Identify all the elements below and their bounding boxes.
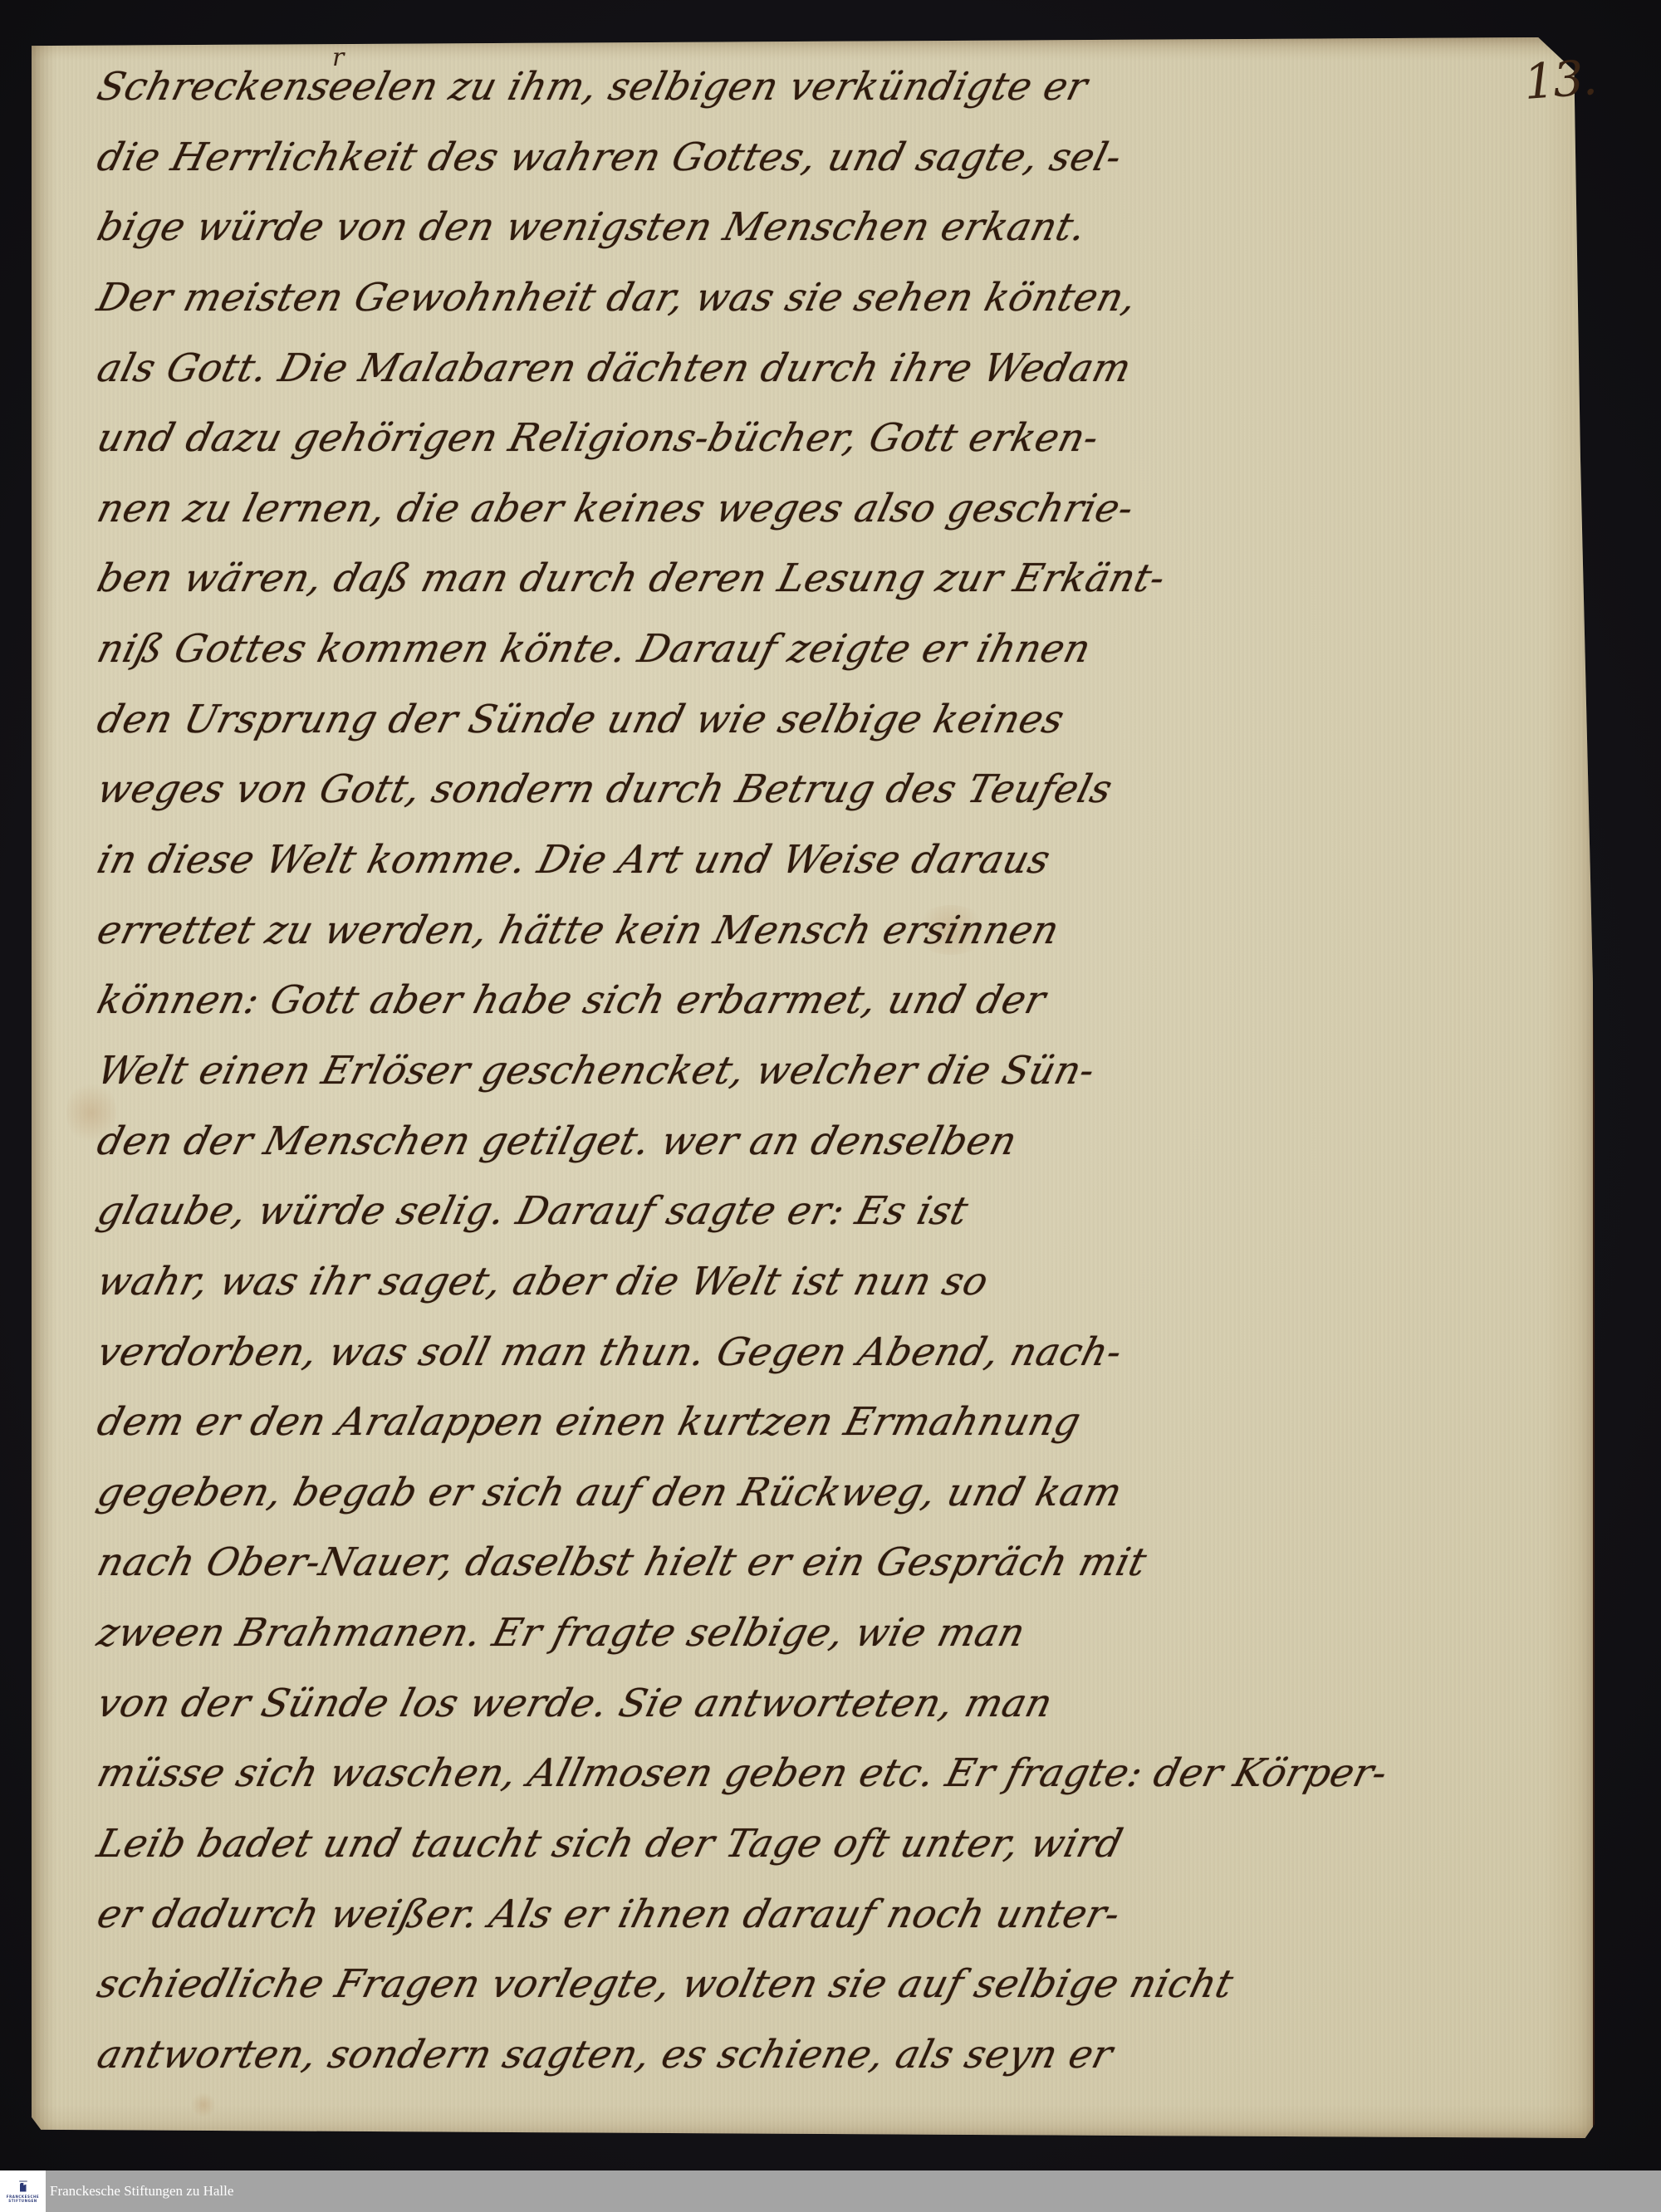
footer-title: Franckesche Stiftungen zu Halle bbox=[46, 2170, 233, 2212]
footer-bar: FRANCKESCHE STIFTUNGEN Franckesche Stift… bbox=[0, 2170, 1661, 2212]
manuscript-line: Welt einen Erlöser geschencket, welcher … bbox=[90, 1035, 1386, 1106]
logo-text-line2: STIFTUNGEN bbox=[8, 2199, 37, 2203]
manuscript-line: dem er den Aralappen einen kurtzen Ermah… bbox=[90, 1387, 1386, 1457]
manuscript-text: Schreckenseelen zu ihm, selbigen verkünd… bbox=[90, 51, 1369, 2090]
manuscript-line: nen zu lernen, die aber keines weges als… bbox=[90, 473, 1386, 544]
manuscript-line: den Ursprung der Sünde und wie selbige k… bbox=[90, 684, 1386, 755]
footer-logo[interactable]: FRANCKESCHE STIFTUNGEN bbox=[0, 2170, 46, 2212]
manuscript-line: in diese Welt komme. Die Art und Weise d… bbox=[90, 825, 1386, 895]
manuscript-line: errettet zu werden, hätte kein Mensch er… bbox=[90, 895, 1386, 966]
manuscript-line: glaube, würde selig. Darauf sagte er: Es… bbox=[90, 1176, 1386, 1246]
manuscript-line: können: Gott aber habe sich erbarmet, un… bbox=[90, 965, 1386, 1035]
manuscript-line: verdorben, was soll man thun. Gegen Aben… bbox=[90, 1317, 1386, 1387]
manuscript-line: ben wären, daß man durch deren Lesung zu… bbox=[90, 543, 1386, 614]
folio-number: 13. bbox=[1522, 49, 1598, 110]
manuscript-line: wahr, was ihr saget, aber die Welt ist n… bbox=[90, 1246, 1386, 1317]
manuscript-line: gegeben, begab er sich auf den Rückweg, … bbox=[90, 1457, 1386, 1528]
manuscript-line: nach Ober-Nauer, daselbst hielt er ein G… bbox=[90, 1527, 1386, 1598]
manuscript-line: von der Sünde los werde. Sie antworteten… bbox=[90, 1668, 1386, 1739]
manuscript-line: zween Brahmanen. Er fragte selbige, wie … bbox=[90, 1598, 1386, 1668]
manuscript-line: er dadurch weißer. Als er ihnen darauf n… bbox=[90, 1879, 1386, 1950]
manuscript-line: Leib badet und taucht sich der Tage oft … bbox=[90, 1808, 1386, 1879]
manuscript-line: den der Menschen getilget. wer an densel… bbox=[90, 1106, 1386, 1177]
manuscript-line: müsse sich waschen, Allmosen geben etc. … bbox=[90, 1738, 1386, 1808]
manuscript-line: als Gott. Die Malabaren dächten durch ih… bbox=[90, 333, 1386, 404]
manuscript-line: die Herrlichkeit des wahren Gottes, und … bbox=[90, 122, 1386, 193]
manuscript-line: und dazu gehörigen Religions-bücher, Got… bbox=[90, 403, 1386, 473]
manuscript-line: Der meisten Gewohnheit dar, was sie sehe… bbox=[90, 262, 1386, 333]
manuscript-line: Schreckenseelen zu ihm, selbigen verkünd… bbox=[90, 51, 1386, 122]
manuscript-line: niß Gottes kommen könte. Darauf zeigte e… bbox=[90, 614, 1386, 684]
manuscript-line: antworten, sondern sagten, es schiene, a… bbox=[90, 2019, 1386, 2090]
manuscript-line: bige würde von den wenigsten Menschen er… bbox=[90, 192, 1386, 262]
manuscript-line: weges von Gott, sondern durch Betrug des… bbox=[90, 754, 1386, 825]
manuscript-line: schiedliche Fragen vorlegte, wolten sie … bbox=[90, 1949, 1386, 2019]
francke-foundation-logo-icon bbox=[18, 2180, 28, 2192]
